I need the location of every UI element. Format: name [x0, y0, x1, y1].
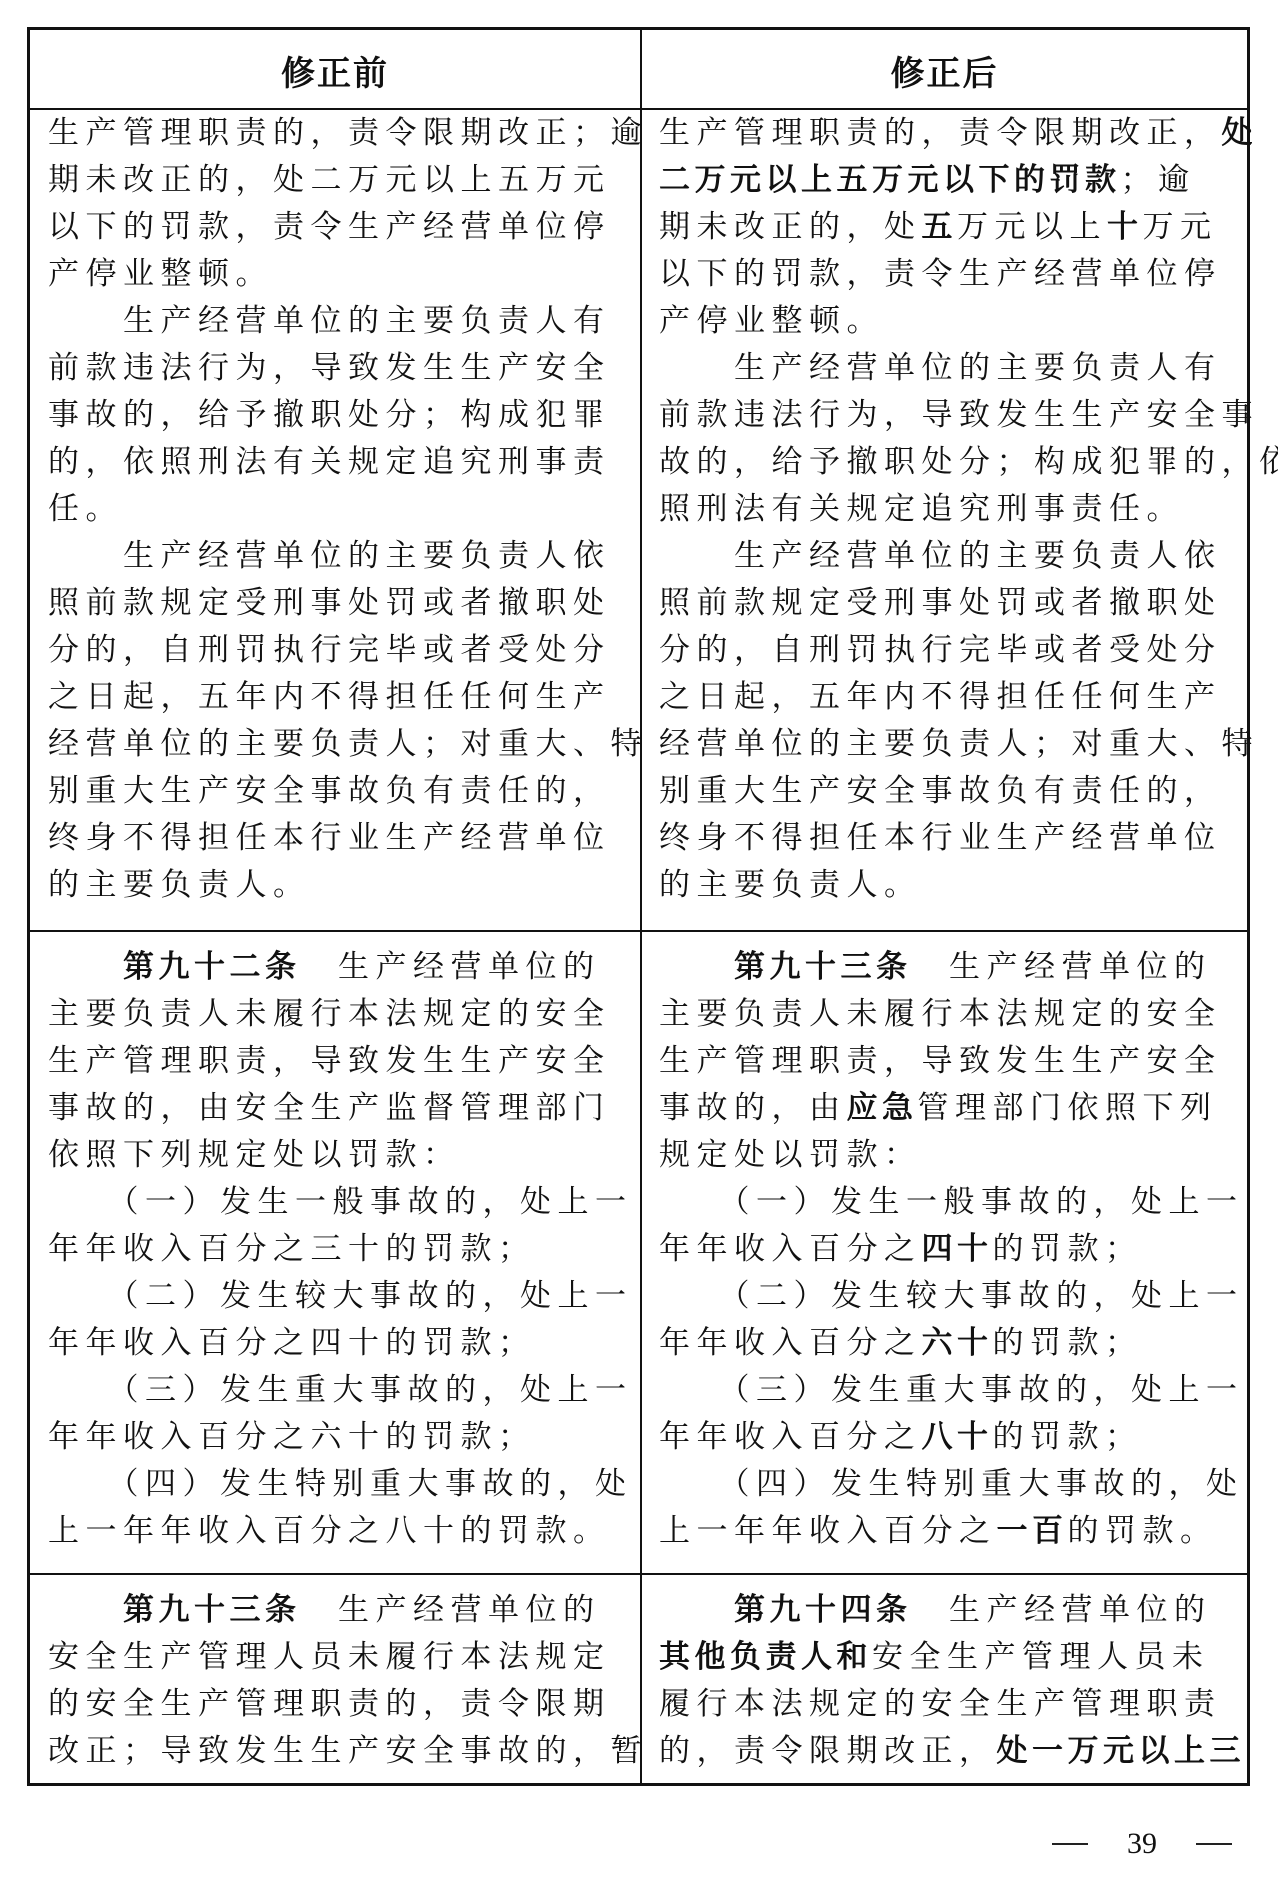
text-segment: （三）发生重大事故的，处上一 [659, 1372, 1244, 1408]
text-line: 以下的罚款，责令生产经营单位停 [659, 251, 1222, 298]
text-segment: 依照下列规定处以罚款： [48, 1137, 461, 1173]
text-line: （四）发生特别重大事故的，处 [48, 1461, 633, 1508]
text-segment: （三）发生重大事故的，处上一 [48, 1372, 633, 1408]
amended-text: 第九十二条 [123, 949, 301, 985]
column-divider [640, 30, 642, 1783]
text-line: 的主要负责人。 [48, 862, 311, 909]
text-segment: 生产管理职责的，责令限期改正；逾 [48, 115, 648, 151]
text-segment: 生产经营单位的 [912, 949, 1212, 985]
text-segment: 以下的罚款，责令生产经营单位停 [48, 209, 611, 245]
text-line: 的，责令限期改正，处一万元以上三 [659, 1728, 1245, 1775]
text-segment: 之日起，五年内不得担任任何生产 [48, 679, 611, 715]
amended-text: 八十 [922, 1419, 993, 1455]
text-segment: 分的，自刑罚执行完毕或者受处分 [48, 632, 611, 668]
text-line: 生产管理职责，导致发生生产安全 [48, 1038, 611, 1085]
text-segment: 产停业整顿。 [659, 303, 884, 339]
text-segment: 生产经营单位的主要负责人依 [48, 538, 611, 574]
text-line: 的安全生产管理职责的，责令限期 [48, 1681, 611, 1728]
text-line: 前款违法行为，导致发生生产安全 [48, 345, 611, 392]
text-segment: 年年收入百分之 [659, 1325, 922, 1361]
text-line: 第九十二条 生产经营单位的 [48, 944, 601, 991]
amended-text: 第九十三条 [734, 949, 912, 985]
text-line: 经营单位的主要负责人；对重大、特 [659, 721, 1259, 768]
text-line: （四）发生特别重大事故的，处 [659, 1461, 1244, 1508]
amended-text: 一百 [997, 1513, 1068, 1549]
text-line: 生产管理职责的，责令限期改正；逾 [48, 110, 648, 157]
text-line: 其他负责人和安全生产管理人员未 [659, 1634, 1210, 1681]
text-segment: 故的，给予撤职处分；构成犯罪的，依 [659, 444, 1278, 480]
text-line: 生产经营单位的主要负责人依 [48, 533, 611, 580]
text-segment: 生产经营单位的 [912, 1592, 1212, 1628]
text-line: 产停业整顿。 [659, 298, 884, 345]
text-segment: 照刑法有关规定追究刑事责任。 [659, 491, 1184, 527]
text-segment: （二）发生较大事故的，处上一 [659, 1278, 1244, 1314]
text-segment [48, 949, 123, 985]
text-line: 第九十三条 生产经营单位的 [659, 944, 1212, 991]
text-segment: 年年收入百分之六十的罚款； [48, 1419, 536, 1455]
text-segment: 期未改正的，处二万元以上五万元 [48, 162, 611, 198]
text-segment: 别重大生产安全事故负有责任的， [48, 773, 611, 809]
text-segment: 改正；导致发生生产安全事故的，暂 [48, 1733, 648, 1769]
text-segment: 的罚款； [993, 1325, 1143, 1361]
text-segment: 主要负责人未履行本法规定的安全 [659, 996, 1222, 1032]
text-line: 产停业整顿。 [48, 251, 273, 298]
text-segment: 管理部门依照下列 [918, 1090, 1218, 1126]
text-line: （一）发生一般事故的，处上一 [48, 1179, 633, 1226]
text-segment: （四）发生特别重大事故的，处 [659, 1466, 1244, 1502]
amended-text: 其他负责人和 [659, 1639, 872, 1675]
text-line: 别重大生产安全事故负有责任的， [48, 768, 611, 815]
text-line: （二）发生较大事故的，处上一 [48, 1273, 633, 1320]
text-segment: 经营单位的主要负责人；对重大、特 [48, 726, 648, 762]
text-line: 依照下列规定处以罚款： [48, 1132, 461, 1179]
text-line: 改正；导致发生生产安全事故的，暂 [48, 1728, 648, 1775]
text-line: 年年收入百分之四十的罚款； [659, 1226, 1143, 1273]
text-segment: 的罚款。 [1068, 1513, 1218, 1549]
header-after: 修正后 [642, 30, 1247, 110]
text-line: 生产管理职责的，责令限期改正，处 [659, 110, 1257, 157]
text-line: 安全生产管理人员未履行本法规定 [48, 1634, 611, 1681]
text-line: 第九十三条 生产经营单位的 [48, 1587, 601, 1634]
row-divider-2 [30, 1573, 1247, 1575]
text-line: 生产经营单位的主要负责人依 [659, 533, 1222, 580]
text-segment: 的罚款； [993, 1419, 1143, 1455]
text-segment: 事故的，由 [659, 1090, 847, 1126]
page-number: 39 [1052, 1826, 1232, 1862]
amended-text: 五 [922, 209, 958, 245]
text-segment: 主要负责人未履行本法规定的安全 [48, 996, 611, 1032]
text-line: 故的，给予撤职处分；构成犯罪的，依 [659, 439, 1278, 486]
text-line: 终身不得担任本行业生产经营单位 [659, 815, 1222, 862]
text-segment: 生产管理职责的，责令限期改正， [659, 115, 1222, 151]
text-line: 上一年年收入百分之一百的罚款。 [659, 1508, 1218, 1555]
text-line: 照前款规定受刑事处罚或者撤职处 [48, 580, 611, 627]
text-segment: 的主要负责人。 [659, 867, 922, 903]
text-segment: 万元以上 [957, 209, 1107, 245]
text-segment: 年年收入百分之 [659, 1231, 922, 1267]
text-segment: 终身不得担任本行业生产经营单位 [48, 820, 611, 856]
text-line: 之日起，五年内不得担任任何生产 [659, 674, 1222, 721]
text-line: 年年收入百分之三十的罚款； [48, 1226, 536, 1273]
text-segment: （一）发生一般事故的，处上一 [659, 1184, 1244, 1220]
text-segment: 事故的，给予撤职处分；构成犯罪 [48, 397, 611, 433]
text-segment: 生产经营单位的 [301, 1592, 601, 1628]
text-line: 年年收入百分之四十的罚款； [48, 1320, 536, 1367]
text-segment: 安全生产管理人员未履行本法规定 [48, 1639, 611, 1675]
text-segment: 生产经营单位的主要负责人有 [659, 350, 1222, 386]
text-line: 照前款规定受刑事处罚或者撤职处 [659, 580, 1222, 627]
text-line: （三）发生重大事故的，处上一 [48, 1367, 633, 1414]
text-line: 年年收入百分之六十的罚款； [659, 1320, 1143, 1367]
text-line: 履行本法规定的安全生产管理职责 [659, 1681, 1222, 1728]
text-segment: 任。 [48, 491, 123, 527]
text-segment: 生产经营单位的主要负责人依 [659, 538, 1222, 574]
text-line: 年年收入百分之八十的罚款； [659, 1414, 1143, 1461]
amended-text: 四十 [922, 1231, 993, 1267]
text-segment: 上一年年收入百分之八十的罚款。 [48, 1513, 611, 1549]
text-segment: 年年收入百分之四十的罚款； [48, 1325, 536, 1361]
amended-text: 第九十四条 [734, 1592, 912, 1628]
amended-text: 处一万元以上三 [997, 1733, 1246, 1769]
text-segment [659, 1592, 734, 1628]
text-line: 照刑法有关规定追究刑事责任。 [659, 486, 1184, 533]
text-line: 主要负责人未履行本法规定的安全 [659, 991, 1222, 1038]
text-line: 的，依照刑法有关规定追究刑事责 [48, 439, 611, 486]
text-segment [659, 949, 734, 985]
amended-text: 二万元以上五万元以下的罚款 [659, 162, 1121, 198]
text-line: 事故的，由应急管理部门依照下列 [659, 1085, 1218, 1132]
text-segment: 安全生产管理人员未 [872, 1639, 1210, 1675]
text-segment: 生产管理职责，导致发生生产安全 [659, 1043, 1222, 1079]
text-line: 期未改正的，处二万元以上五万元 [48, 157, 611, 204]
text-segment: 事故的，由安全生产监督管理部门 [48, 1090, 611, 1126]
row-divider-1 [30, 930, 1247, 932]
text-line: 年年收入百分之六十的罚款； [48, 1414, 536, 1461]
text-segment: 年年收入百分之三十的罚款； [48, 1231, 536, 1267]
dash-right [1196, 1843, 1232, 1845]
text-line: 生产经营单位的主要负责人有 [48, 298, 611, 345]
text-segment: （二）发生较大事故的，处上一 [48, 1278, 633, 1314]
text-segment: 照前款规定受刑事处罚或者撤职处 [48, 585, 611, 621]
text-line: （二）发生较大事故的，处上一 [659, 1273, 1244, 1320]
text-line: 二万元以上五万元以下的罚款；逾 [659, 157, 1196, 204]
text-segment: 生产经营单位的 [301, 949, 601, 985]
amended-text: 第九十三条 [123, 1592, 301, 1628]
amended-text: 十 [1107, 209, 1143, 245]
text-segment: 生产管理职责，导致发生生产安全 [48, 1043, 611, 1079]
text-segment [48, 1592, 123, 1628]
text-segment: 规定处以罚款： [659, 1137, 922, 1173]
text-line: 生产经营单位的主要负责人有 [659, 345, 1222, 392]
text-line: 期未改正的，处五万元以上十万元 [659, 204, 1218, 251]
text-line: 事故的，给予撤职处分；构成犯罪 [48, 392, 611, 439]
dash-left [1052, 1843, 1088, 1845]
text-segment: 的，依照刑法有关规定追究刑事责 [48, 444, 611, 480]
text-line: 终身不得担任本行业生产经营单位 [48, 815, 611, 862]
text-segment: 的罚款； [993, 1231, 1143, 1267]
text-line: 之日起，五年内不得担任任何生产 [48, 674, 611, 721]
text-line: （三）发生重大事故的，处上一 [659, 1367, 1244, 1414]
amended-text: 六十 [922, 1325, 993, 1361]
text-line: 别重大生产安全事故负有责任的， [659, 768, 1222, 815]
text-line: 生产管理职责，导致发生生产安全 [659, 1038, 1222, 1085]
text-segment: 分的，自刑罚执行完毕或者受处分 [659, 632, 1222, 668]
text-segment: 前款违法行为，导致发生生产安全 [48, 350, 611, 386]
text-line: 以下的罚款，责令生产经营单位停 [48, 204, 611, 251]
text-line: 经营单位的主要负责人；对重大、特 [48, 721, 648, 768]
text-line: 规定处以罚款： [659, 1132, 922, 1179]
text-segment: 的安全生产管理职责的，责令限期 [48, 1686, 611, 1722]
text-segment: 终身不得担任本行业生产经营单位 [659, 820, 1222, 856]
text-segment: 年年收入百分之 [659, 1419, 922, 1455]
text-segment: 的主要负责人。 [48, 867, 311, 903]
amended-text: 应急 [847, 1090, 918, 1126]
text-segment: 期未改正的，处 [659, 209, 922, 245]
text-line: 分的，自刑罚执行完毕或者受处分 [48, 627, 611, 674]
text-line: 的主要负责人。 [659, 862, 922, 909]
text-segment: 照前款规定受刑事处罚或者撤职处 [659, 585, 1222, 621]
text-segment: 的，责令限期改正， [659, 1733, 997, 1769]
text-segment: （四）发生特别重大事故的，处 [48, 1466, 633, 1502]
text-line: 任。 [48, 486, 123, 533]
text-segment: （一）发生一般事故的，处上一 [48, 1184, 633, 1220]
text-line: （一）发生一般事故的，处上一 [659, 1179, 1244, 1226]
page-number-text: 39 [1127, 1827, 1157, 1861]
text-line: 上一年年收入百分之八十的罚款。 [48, 1508, 611, 1555]
text-line: 第九十四条 生产经营单位的 [659, 1587, 1212, 1634]
text-segment: 经营单位的主要负责人；对重大、特 [659, 726, 1259, 762]
header-before: 修正前 [30, 30, 640, 110]
text-line: 分的，自刑罚执行完毕或者受处分 [659, 627, 1222, 674]
text-segment: 以下的罚款，责令生产经营单位停 [659, 256, 1222, 292]
text-segment: 履行本法规定的安全生产管理职责 [659, 1686, 1222, 1722]
text-segment: 生产经营单位的主要负责人有 [48, 303, 611, 339]
text-segment: 产停业整顿。 [48, 256, 273, 292]
text-line: 主要负责人未履行本法规定的安全 [48, 991, 611, 1038]
text-segment: 别重大生产安全事故负有责任的， [659, 773, 1222, 809]
text-line: 事故的，由安全生产监督管理部门 [48, 1085, 611, 1132]
comparison-table: 修正前 修正后 生产管理职责的，责令限期改正；逾期未改正的，处二万元以上五万元以… [27, 27, 1250, 1786]
text-segment: 前款违法行为，导致发生生产安全事 [659, 397, 1259, 433]
text-segment: 万元 [1143, 209, 1218, 245]
amended-text: 处 [1222, 115, 1258, 151]
text-segment: ；逾 [1121, 162, 1196, 198]
text-segment: 上一年年收入百分之 [659, 1513, 997, 1549]
text-segment: 之日起，五年内不得担任任何生产 [659, 679, 1222, 715]
text-line: 前款违法行为，导致发生生产安全事 [659, 392, 1259, 439]
